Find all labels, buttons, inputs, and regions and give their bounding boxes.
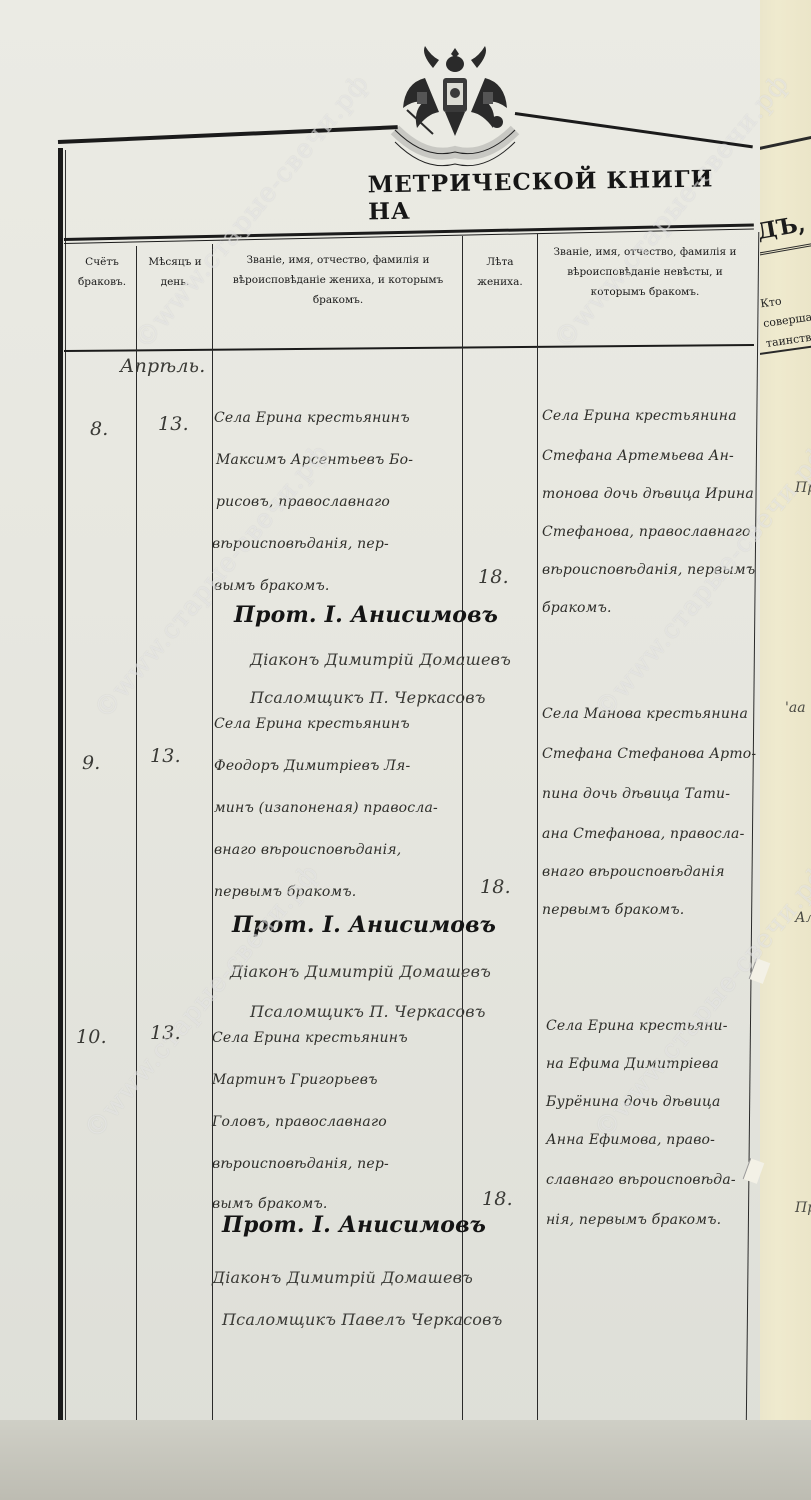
bride-line: тонова дочь дѣвица Ирина	[542, 486, 754, 502]
groom-line: Села Ерина крестьянинъ	[214, 716, 410, 732]
psalmist-signature: Псаломщикъ П. Черкасовъ	[250, 1002, 486, 1021]
column-divider	[212, 244, 213, 1429]
bride-line: Анна Ефимова, право-	[546, 1132, 715, 1148]
frame-top-border	[58, 125, 398, 144]
groom-line: Феодоръ Димитріевъ Ля-	[214, 758, 410, 774]
record-day: 13.	[150, 745, 181, 767]
header-bottom-rule	[64, 344, 754, 352]
frame-left-border	[58, 148, 63, 1428]
bride-line: нія, первымъ бракомъ.	[546, 1212, 721, 1228]
bride-line: бракомъ.	[542, 600, 612, 616]
register-page: МЕТРИЧЕСКОЙ КНИГИ НА Счётъ браковъ. Мѣся…	[0, 0, 760, 1440]
bride-line: на Ефима Димитріева	[546, 1056, 719, 1072]
bride-line: Стефанова, православнаго	[542, 524, 751, 540]
column-divider	[746, 232, 760, 1432]
next-page-handwriting: 'аа	[785, 700, 806, 716]
column-header-groom: Званіе, имя, отчество, фамилія и вѣроисп…	[218, 250, 458, 310]
deacon-signature: Діаконъ Димитрій Домашевъ	[212, 1268, 473, 1287]
groom-line: вѣроисповѣданія, пер-	[212, 1156, 389, 1172]
month-label: Апрѣль.	[120, 355, 205, 377]
next-page-handwriting: Пр	[795, 1200, 811, 1216]
frame-left-inner-border	[65, 150, 66, 1430]
bride-line: внаго вѣроисповѣданія	[542, 864, 725, 880]
bride-line: Стефана Артемьева Ан-	[542, 448, 734, 464]
column-divider	[537, 234, 538, 1439]
deacon-signature: Діаконъ Димитрій Домашевъ	[230, 962, 491, 981]
column-divider	[462, 236, 463, 1436]
bride-line: Стефана Стефанова Арто-	[542, 746, 756, 762]
bride-line: Села Манова крестьянина	[542, 706, 748, 722]
groom-line: Головъ, православнаго	[212, 1114, 387, 1130]
priest-signature: Прот. І. Анисимовъ	[222, 1212, 486, 1238]
groom-age: 18.	[482, 1188, 513, 1210]
groom-line: вымъ бракомъ.	[212, 1196, 328, 1212]
priest-signature: Прот. І. Анисимовъ	[234, 602, 498, 628]
bride-line: пина дочь дѣвица Тати-	[542, 786, 730, 802]
record-day: 13.	[158, 413, 189, 435]
record-count: 10.	[76, 1026, 107, 1048]
record-count: 9.	[82, 752, 101, 774]
groom-line: внаго вѣроисповѣданія,	[214, 842, 401, 858]
psalmist-signature: Псаломщикъ П. Черкасовъ	[250, 688, 486, 707]
record-count: 8.	[90, 418, 109, 440]
column-header-groom-age: Лѣта жениха.	[466, 252, 534, 292]
bride-line: Села Ерина крестьянина	[542, 408, 737, 424]
next-page-column-header: Кто совершалъ таинство	[759, 286, 811, 354]
deacon-signature: Діаконъ Димитрій Домашевъ	[250, 650, 511, 669]
groom-line: Села Ерина крестьянинъ	[214, 410, 410, 426]
double-headed-eagle-emblem-icon	[385, 38, 525, 168]
next-page-title-fragment: ДЪ,	[755, 211, 807, 245]
bride-line: ана Стефанова, правосла-	[542, 826, 745, 842]
psalmist-signature: Псаломщикъ Павелъ Черкасовъ	[222, 1310, 503, 1329]
column-header-count: Счётъ браковъ.	[70, 252, 134, 292]
page-bottom-edge	[0, 1420, 811, 1500]
column-divider	[136, 246, 137, 1426]
groom-line: рисовъ, православнаго	[216, 494, 390, 510]
groom-line: минъ (изапоненая) правосла-	[214, 800, 438, 816]
groom-age: 18.	[478, 566, 509, 588]
watermark: ©www.старые-свечи.рф	[129, 69, 376, 355]
bride-line: первымъ бракомъ.	[542, 902, 684, 918]
groom-line: Мартинъ Григорьевъ	[212, 1072, 378, 1088]
bride-line: славнаго вѣроисповѣда-	[546, 1172, 736, 1188]
groom-line: Села Ерина крестьянинъ	[212, 1030, 408, 1046]
groom-age: 18.	[480, 876, 511, 898]
